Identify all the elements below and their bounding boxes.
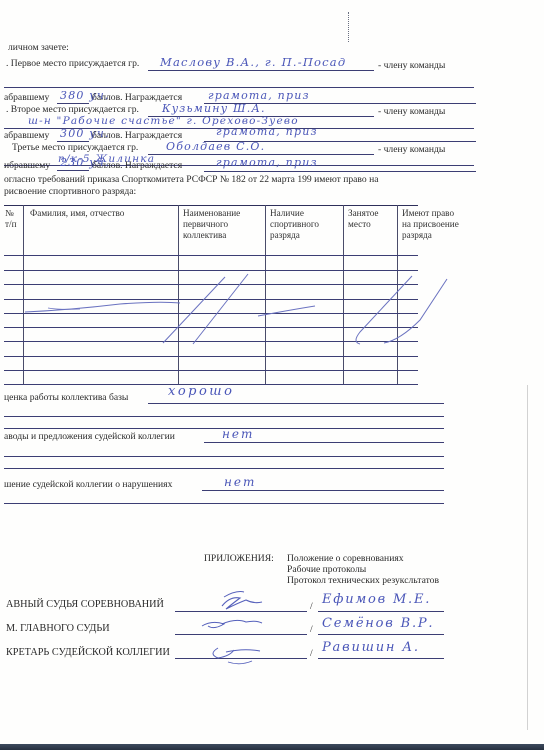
scanned-protocol-page: личном зачете: . Первое место присуждает… xyxy=(0,0,544,744)
signature-scribbles xyxy=(0,0,544,750)
scan-bottom-edge xyxy=(0,744,544,750)
